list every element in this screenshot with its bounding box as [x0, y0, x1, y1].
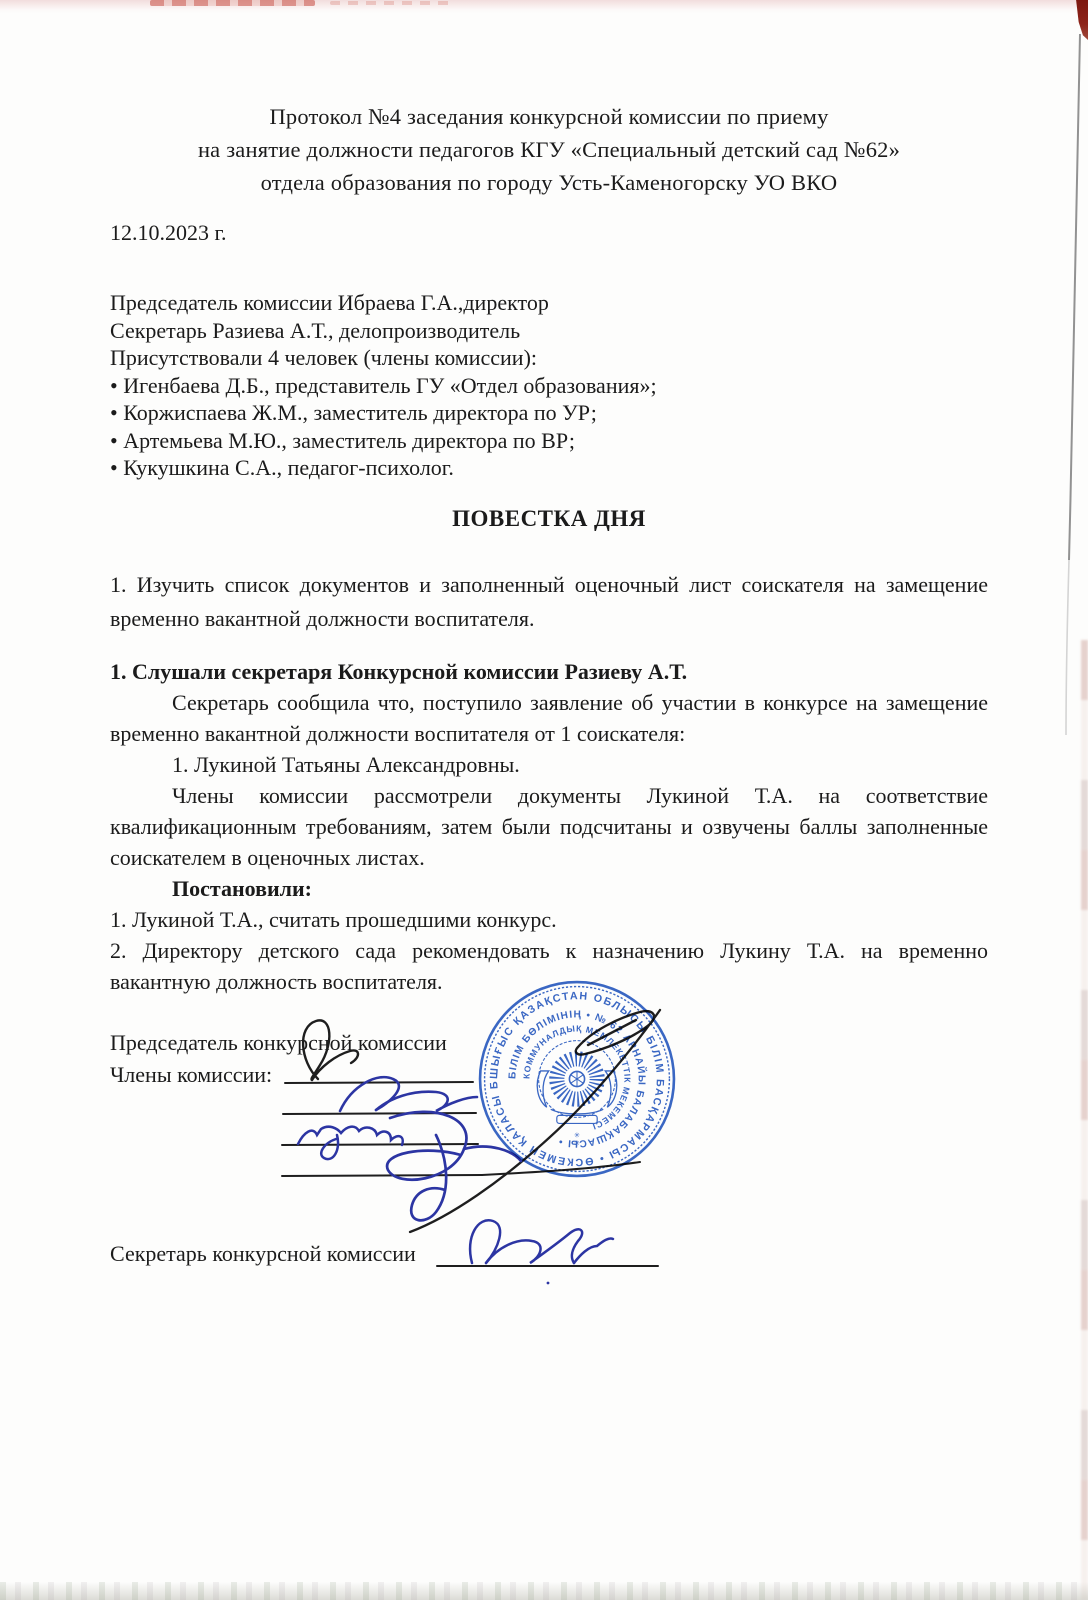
- member-signature-4: [387, 1112, 521, 1221]
- commission-member: • Коржиспаева Ж.М., заместитель директор…: [110, 399, 988, 427]
- secretary-signature-label: Секретарь конкурсной комиссии: [110, 1241, 988, 1267]
- commission-member: • Игенбаева Д.Б., представитель ГУ «Отде…: [110, 372, 988, 400]
- section-candidate: 1. Лукиной Татьяны Александровны.: [110, 749, 988, 780]
- resolution-2: 2. Директору детского сада рекомендовать…: [110, 935, 988, 997]
- section-paragraph-1: Секретарь сообщила что, поступило заявле…: [110, 687, 988, 749]
- title-line-1: Протокол №4 заседания конкурсной комисси…: [110, 100, 988, 133]
- section-heading: 1. Слушали секретаря Конкурсной комиссии…: [110, 656, 988, 687]
- agenda-heading: ПОВЕСТКА ДНЯ: [110, 506, 988, 532]
- scanned-protocol-page: Протокол №4 заседания конкурсной комисси…: [0, 0, 1088, 1600]
- chairman-signature-label: Председатель конкурсной комиссии: [110, 1030, 988, 1056]
- scan-artifact-red-marks: [150, 0, 315, 6]
- resolution-1: 1. Лукиной Т.А., считать прошедшими конк…: [110, 904, 988, 935]
- scan-artifact-red-marks-light: [330, 1, 450, 5]
- commission-present: Присутствовали 4 человек (члены комиссии…: [110, 344, 988, 372]
- members-signature-label: Члены комиссии:: [110, 1062, 988, 1088]
- commission-chair: Председатель комиссии Ибраева Г.А.,дирек…: [110, 289, 988, 317]
- resolved-heading: Постановили:: [110, 873, 988, 904]
- member-signature-3: [298, 1127, 403, 1159]
- title-line-3: отдела образования по городу Усть-Камено…: [110, 166, 988, 199]
- agenda-item-1: 1. Изучить список документов и заполненн…: [110, 568, 988, 636]
- commission-secretary: Секретарь Разиева А.Т., делопроизводител…: [110, 317, 988, 345]
- scan-artifact-bottom-strip: [0, 1582, 1088, 1600]
- document-title: Протокол №4 заседания конкурсной комисси…: [110, 100, 988, 199]
- document-date: 12.10.2023 г.: [110, 220, 988, 246]
- scan-artifact-right-smudge: [1081, 640, 1088, 1600]
- stamp-center-mark: ✳: [574, 1132, 580, 1140]
- signature-lines: [282, 1082, 658, 1266]
- title-line-2: на занятие должности педагогов КГУ «Спец…: [110, 133, 988, 166]
- section-heard: 1. Слушали секретаря Конкурсной комиссии…: [110, 656, 988, 997]
- section-paragraph-2: Члены комиссии рассмотрели документы Лук…: [110, 780, 988, 873]
- commission-member: • Кукушкина С.А., педагог-психолог.: [110, 454, 988, 482]
- commission-list: Председатель комиссии Ибраева Г.А.,дирек…: [110, 289, 988, 482]
- commission-member: • Артемьева М.Ю., заместитель директора …: [110, 427, 988, 455]
- stamp-center-mark: ✳: [574, 1140, 580, 1148]
